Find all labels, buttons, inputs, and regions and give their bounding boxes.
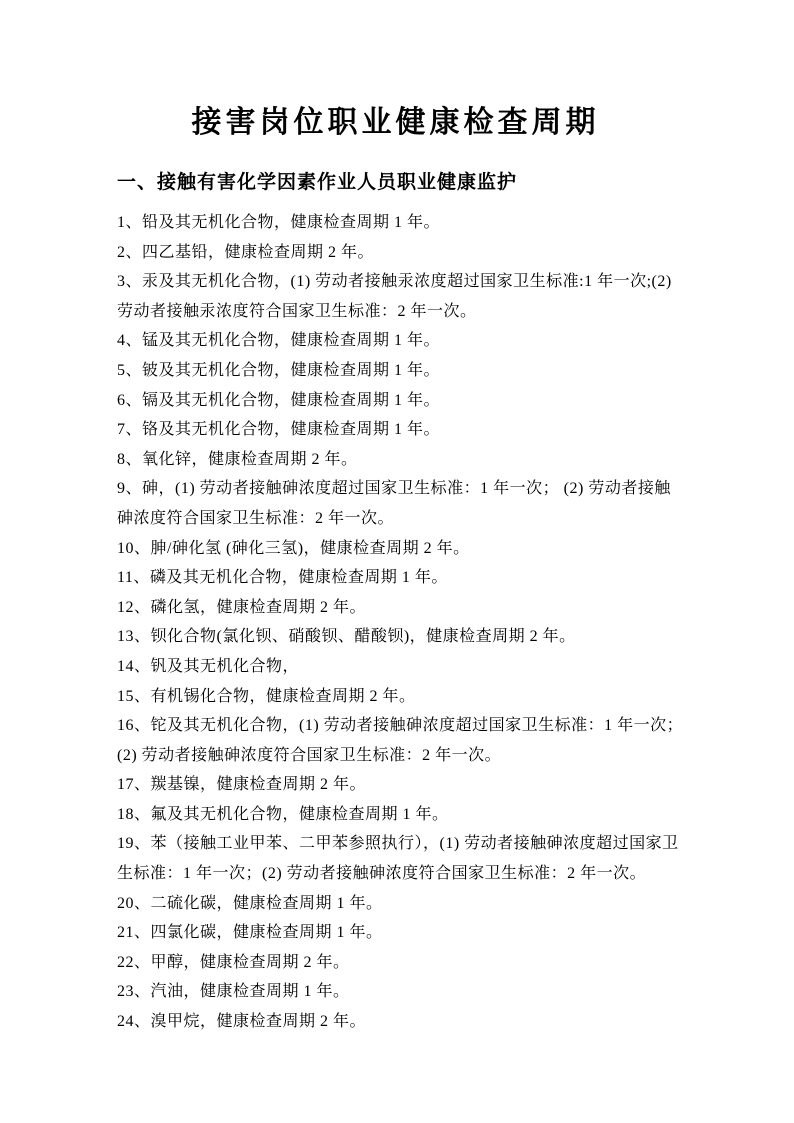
list-item-19: 19、苯（接触工业甲苯、二甲苯参照执行），(1) 劳动者接触砷浓度超过国家卫 生… xyxy=(117,829,734,888)
list-item-3: 3、汞及其无机化合物，(1) 劳动者接触汞浓度超过国家卫生标准:1 年一次;(2… xyxy=(117,267,734,326)
list-item-22: 22、甲醇，健康检查周期 2 年。 xyxy=(117,948,734,978)
list-item-10: 10、胂/砷化氢 (砷化三氢)，健康检查周期 2 年。 xyxy=(117,534,734,564)
list-item-16: 16、铊及其无机化合物，(1) 劳动者接触砷浓度超过国家卫生标准：1 年一次； … xyxy=(117,711,734,770)
document-title: 接害岗位职业健康检查周期 xyxy=(117,102,674,144)
list-item-24: 24、溴甲烷，健康检查周期 2 年。 xyxy=(117,1007,734,1037)
list-item-21: 21、四氯化碳，健康检查周期 1 年。 xyxy=(117,918,734,948)
list-item-4: 4、锰及其无机化合物，健康检查周期 1 年。 xyxy=(117,326,734,356)
item-list: 1、铅及其无机化合物，健康检查周期 1 年。 2、四乙基铅，健康检查周期 2 年… xyxy=(117,208,734,1037)
list-item-1: 1、铅及其无机化合物，健康检查周期 1 年。 xyxy=(117,208,734,238)
list-item-17: 17、羰基镍，健康检查周期 2 年。 xyxy=(117,770,734,800)
list-item-23: 23、汽油，健康检查周期 1 年。 xyxy=(117,977,734,1007)
document-page: 接害岗位职业健康检查周期 一、接触有害化学因素作业人员职业健康监护 1、铅及其无… xyxy=(0,0,794,1123)
list-item-20: 20、二硫化碳，健康检查周期 1 年。 xyxy=(117,889,734,919)
list-item-14: 14、钒及其无机化合物， xyxy=(117,652,734,682)
list-item-8: 8、氧化锌，健康检查周期 2 年。 xyxy=(117,445,734,475)
list-item-2: 2、四乙基铅，健康检查周期 2 年。 xyxy=(117,238,734,268)
list-item-11: 11、磷及其无机化合物，健康检查周期 1 年。 xyxy=(117,563,734,593)
list-item-9: 9、砷，(1) 劳动者接触砷浓度超过国家卫生标准：1 年一次； (2) 劳动者接… xyxy=(117,474,734,533)
list-item-12: 12、磷化氢，健康检查周期 2 年。 xyxy=(117,593,734,623)
list-item-5: 5、铍及其无机化合物，健康检查周期 1 年。 xyxy=(117,356,734,386)
list-item-13: 13、钡化合物(氯化钡、硝酸钡、醋酸钡)，健康检查周期 2 年。 xyxy=(117,622,734,652)
section-heading: 一、接触有害化学因素作业人员职业健康监护 xyxy=(117,170,734,196)
list-item-15: 15、有机锡化合物，健康检查周期 2 年。 xyxy=(117,682,734,712)
list-item-7: 7、铬及其无机化合物，健康检查周期 1 年。 xyxy=(117,415,734,445)
list-item-18: 18、氟及其无机化合物，健康检查周期 1 年。 xyxy=(117,800,734,830)
list-item-6: 6、镉及其无机化合物，健康检查周期 1 年。 xyxy=(117,386,734,416)
